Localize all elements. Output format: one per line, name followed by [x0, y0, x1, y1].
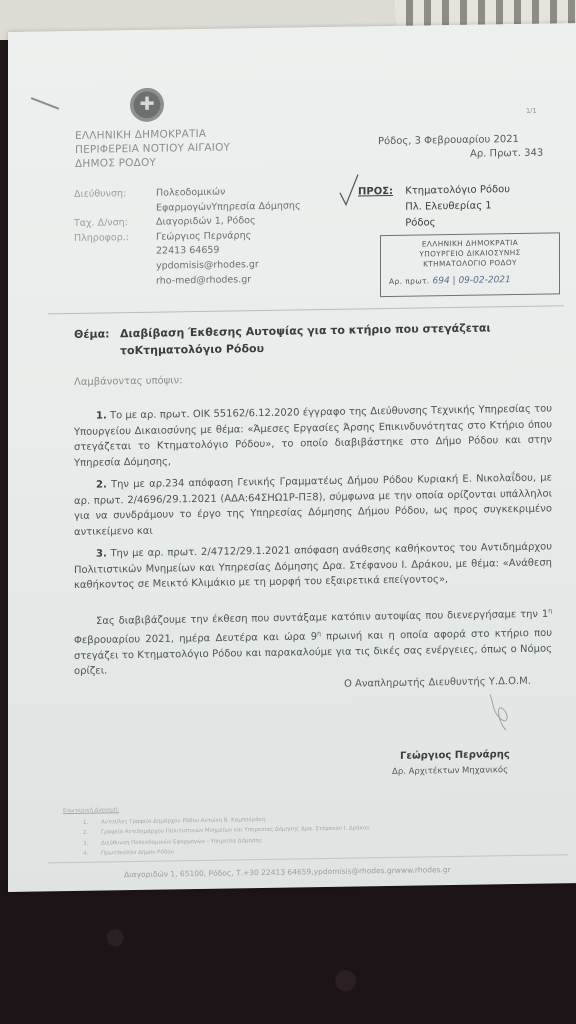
item-text: Το με αρ. πρωτ. ΟΙΚ 55162/6.12.2020 έγγρ…: [74, 403, 552, 468]
recipient-line: Πλ. Ελευθερίας 1: [405, 198, 510, 216]
closing-text: Σας διαβιβάζουμε την έκθεση που συντάξαμ…: [96, 609, 548, 627]
contact-label: Διεύθυνση:: [74, 187, 156, 203]
distribution-text: Γραφείο Αντιδημάρχου Πολιτιστικών Μνημεί…: [101, 825, 370, 835]
contact-label: Ταχ. Δ/νση:: [74, 216, 156, 232]
subject-label: Θέμα:: [74, 325, 120, 343]
distribution-number: 3.: [83, 838, 101, 849]
signatory-role: Δρ. Αρχιτέκτων Μηχανικός: [392, 765, 508, 777]
distribution-number: 2.: [83, 828, 101, 839]
contact-label: [74, 245, 156, 261]
closing-paragraph: Σας διαβιβάζουμε την έκθεση που συντάξαμ…: [74, 603, 552, 680]
contact-value: rho-med@rhodes.gr: [156, 273, 251, 289]
contact-value: Πολεοδομικών: [156, 186, 225, 202]
recipient-line: Ρόδος: [405, 214, 510, 232]
item-number: 1.: [96, 410, 107, 421]
contact-value: Γεώργιος Περνάρης: [156, 229, 251, 245]
issuer-line: ΔΗΜΟΣ ΡΟΔΟΥ: [75, 155, 230, 171]
signatory-title: Ο Αναπληρωτής Διευθυντής Υ.Δ.Ο.Μ.: [344, 676, 531, 690]
stamp-handwritten-protocol: 694 | 09-02-2021: [433, 275, 511, 286]
checkmark-icon: [338, 172, 360, 206]
contact-label: Πληροφορ.:: [74, 230, 156, 246]
item-number: 2.: [96, 479, 107, 490]
item-number: 3.: [96, 548, 107, 559]
dark-fabric-surface: [0, 880, 576, 1024]
coat-of-arms-icon: ✚: [130, 88, 164, 123]
superscript: η: [548, 607, 552, 614]
considering-heading: Λαμβάνοντας υπόψιν:: [74, 375, 183, 388]
document-date: Ρόδος, 3 Φεβρουαρίου 2021: [378, 134, 519, 147]
subject-block: Θέμα:Διαβίβαση Έκθεσης Αυτοψίας για το κ…: [74, 319, 544, 360]
closing-text: Φεβρουαρίου 2021, ημέρα Δευτέρα και ώρα …: [74, 631, 317, 646]
contact-label: [74, 201, 156, 217]
contact-block: Διεύθυνση:Πολεοδομικών ΕφαρμογώνΥπηρεσία…: [74, 184, 301, 290]
contact-value: 22413 64659: [156, 244, 219, 260]
distribution-text: Αντιπ/λες Γραφείο Δημάρχου Ρόδου Αντώνη …: [101, 816, 266, 825]
stamp-protocol-label: Αρ. πρωτ.: [389, 276, 430, 286]
distribution-text: Πρωτόκολλο Δήμου Ρόδου: [101, 849, 174, 856]
stamp-line: ΚΤΗΜΑΤΟΛΟΓΙΟ ΡΟΔΟΥ: [381, 257, 559, 270]
received-stamp: ΕΛΛΗΝΙΚΗ ΔΗΜΟΚΡΑΤΙΑ ΥΠΟΥΡΓΕΙΟ ΔΙΚΑΙΟΣΥΝΗ…: [380, 232, 560, 297]
divider: [48, 305, 564, 314]
issuer-line: ΠΕΡΙΦΕΡΕΙΑ ΝΟΤΙΟΥ ΑΙΓΑΙΟΥ: [75, 141, 230, 157]
subject-text: Διαβίβαση Έκθεσης Αυτοψίας για το κτήριο…: [120, 319, 540, 360]
distribution-number: 1.: [83, 817, 101, 828]
footer-address: Διαγοριδών 1, 65100, Ρόδος, Τ.+30 22413 …: [124, 865, 451, 879]
item-text: Την με αρ.234 απόφαση Γενικής Γραμματέως…: [74, 472, 552, 537]
recipient-line: Κτηματολόγιο Ρόδου: [405, 182, 510, 200]
pen-mark: [31, 97, 60, 110]
page-number: 1/1: [526, 107, 536, 115]
signatory-name: Γεώργιος Περνάρης: [400, 749, 510, 762]
contact-label: [74, 260, 156, 276]
considering-item-3: 3. Την με αρ. πρωτ. 2/4712/29.1.2021 από…: [74, 539, 552, 593]
protocol-number: Αρ. Πρωτ. 343: [470, 148, 543, 160]
item-text: Την με αρ. πρωτ. 2/4712/29.1.2021 απόφασ…: [74, 541, 552, 591]
recipient-block: ΠΡΟΣ: Κτηματολόγιο Ρόδου Πλ. Ελευθερίας …: [358, 182, 510, 232]
recipient-label: ΠΡΟΣ:: [358, 184, 402, 201]
considering-item-2: 2. Την με αρ.234 απόφαση Γενικής Γραμματ…: [74, 470, 552, 540]
internal-distribution: Εσωτερική Διανομή: 1.Αντιπ/λες Γραφείο Δ…: [63, 801, 370, 859]
contact-value: Διαγοριδών 1, Ρόδος: [156, 214, 256, 230]
document-page: ✚ ΕΛΛΗΝΙΚΗ ΔΗΜΟΚΡΑΤΙΑ ΠΕΡΙΦΕΡΕΙΑ ΝΟΤΙΟΥ …: [8, 23, 576, 892]
distribution-text: Διεύθυνση Πολεοδομικών Εφαρμογών - Υπηρε…: [101, 838, 262, 847]
issuer-block: ΕΛΛΗΝΙΚΗ ΔΗΜΟΚΡΑΤΙΑ ΠΕΡΙΦΕΡΕΙΑ ΝΟΤΙΟΥ ΑΙ…: [75, 127, 230, 171]
handwritten-signature: [486, 692, 516, 732]
contact-label: [74, 274, 156, 290]
contact-value: ΕφαρμογώνΥπηρεσία Δόμησης: [156, 199, 301, 216]
distribution-number: 4.: [83, 849, 101, 860]
considering-item-1: 1. Το με αρ. πρωτ. ΟΙΚ 55162/6.12.2020 έ…: [74, 401, 552, 471]
contact-value: ypdomisis@rhodes.gr: [156, 258, 259, 274]
